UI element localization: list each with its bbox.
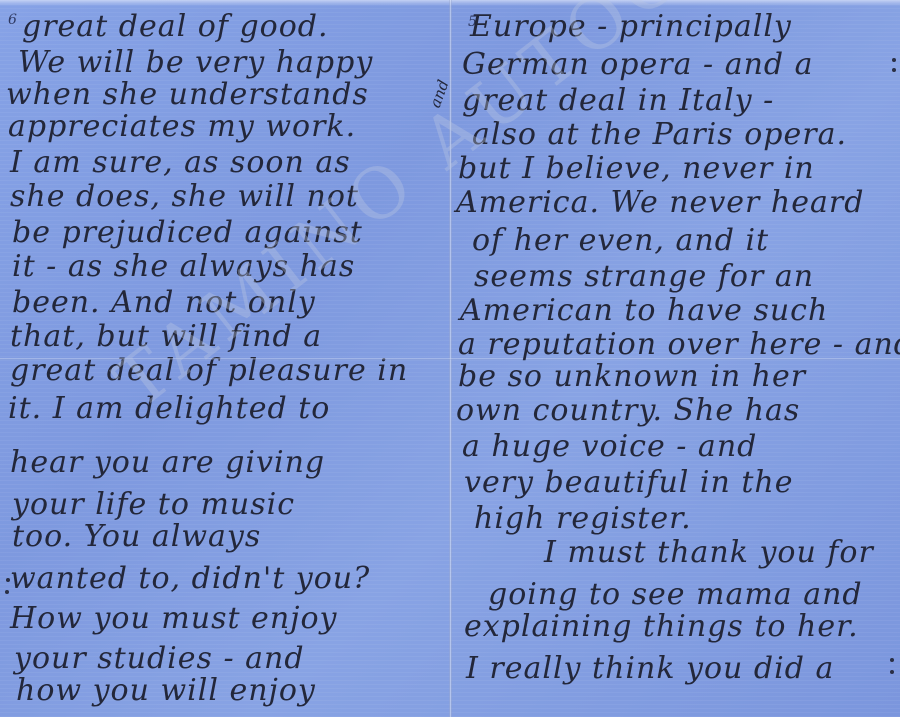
punch-hole xyxy=(892,68,896,72)
handwritten-line: I am sure, as soon as xyxy=(10,148,351,178)
handwritten-line: explaining things to her. xyxy=(464,612,859,642)
handwritten-line: seems strange for an xyxy=(474,262,814,292)
handwritten-line: it. I am delighted to xyxy=(8,394,330,424)
handwritten-line: your studies - and xyxy=(14,644,305,674)
handwritten-line: too. You always xyxy=(12,522,261,552)
handwritten-line: great deal of pleasure in xyxy=(10,356,408,386)
handwritten-line: own country. She has xyxy=(456,396,800,426)
handwritten-line: also at the Paris opera. xyxy=(472,120,847,150)
handwritten-line: going to see mama and xyxy=(488,580,863,610)
handwritten-line: hear you are giving xyxy=(10,448,325,478)
handwritten-line: that, but will find a xyxy=(10,322,322,352)
right-page: 5 Europe - principally German opera - an… xyxy=(452,0,900,717)
handwritten-line: a reputation over here - and xyxy=(458,330,900,360)
punch-hole xyxy=(890,670,894,674)
handwritten-line: but I believe, never in xyxy=(458,154,815,184)
handwritten-line: American to have such xyxy=(460,296,828,326)
handwritten-line: Europe - principally xyxy=(470,12,792,42)
handwritten-line: How you must enjoy xyxy=(10,604,337,634)
handwritten-line: when she understands xyxy=(6,80,369,110)
punch-hole xyxy=(892,58,896,62)
handwritten-line: very beautiful in the xyxy=(464,468,793,498)
punch-hole xyxy=(890,658,894,662)
punch-hole xyxy=(5,590,9,594)
handwritten-line: America. We never heard xyxy=(456,188,864,218)
handwritten-line: great deal of good. xyxy=(22,12,329,42)
handwritten-line: been. And not only xyxy=(12,288,316,318)
handwritten-line: your life to music xyxy=(12,490,295,520)
handwritten-line: be so unknown in her xyxy=(458,362,806,392)
handwritten-line: We will be very happy xyxy=(18,48,373,78)
handwritten-line: how you will enjoy xyxy=(16,676,316,706)
handwritten-line: appreciates my work. xyxy=(8,112,356,142)
handwritten-line: she does, she will not xyxy=(10,182,359,212)
handwritten-line: I must thank you for xyxy=(544,538,874,568)
handwritten-line: of her even, and it xyxy=(472,226,769,256)
handwritten-line: high register. xyxy=(474,504,692,534)
handwritten-line: a huge voice - and xyxy=(462,432,757,462)
handwritten-line: wanted to, didn't you? xyxy=(10,564,370,594)
letter-scan: 6 great deal of good. We will be very ha… xyxy=(0,0,900,717)
handwritten-line: I really think you did a xyxy=(466,654,834,684)
handwritten-line: be prejudiced against xyxy=(12,218,363,248)
page-number: 6 xyxy=(8,12,17,28)
handwritten-line: it - as she always has xyxy=(12,252,355,282)
handwritten-line: great deal in Italy - xyxy=(462,86,774,116)
handwritten-line: German opera - and a xyxy=(462,50,814,80)
punch-hole xyxy=(6,578,10,582)
